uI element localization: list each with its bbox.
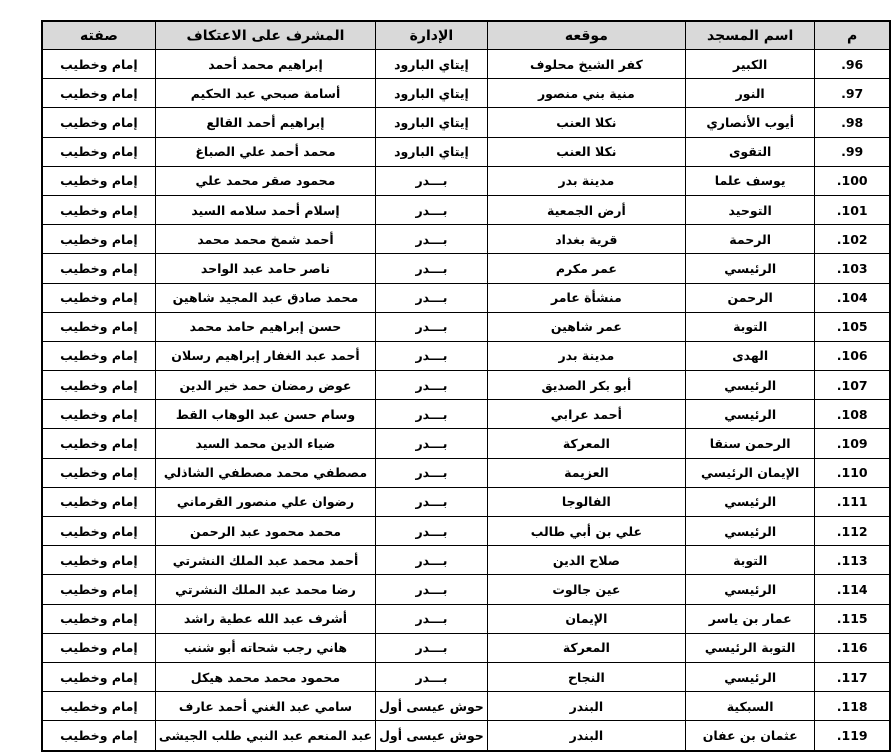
table-row: 97. النور منية بني منصور إيتاي البارود أ… bbox=[42, 79, 890, 108]
cell-title: إمام وخطيب bbox=[42, 254, 155, 283]
header-administration: الإدارة bbox=[376, 21, 488, 50]
cell-mosque-name: التوبة bbox=[685, 312, 814, 341]
cell-mosque-name: الرئيسي bbox=[685, 487, 814, 516]
cell-title: إمام وخطيب bbox=[42, 692, 155, 721]
cell-mosque-name: الرئيسي bbox=[685, 400, 814, 429]
cell-number: 113. bbox=[815, 546, 890, 575]
cell-number: 108. bbox=[815, 400, 890, 429]
cell-location: منشأة عامر bbox=[487, 283, 685, 312]
cell-supervisor: إبراهيم محمد أحمد bbox=[155, 50, 375, 79]
table-row: 101. التوحيد أرض الجمعية بـــدر إسلام أح… bbox=[42, 195, 890, 224]
cell-administration: بـــدر bbox=[376, 371, 488, 400]
cell-title: إمام وخطيب bbox=[42, 50, 155, 79]
cell-supervisor: ناصر حامد عبد الواحد bbox=[155, 254, 375, 283]
table-row: 110. الإيمان الرئيسي العزيمة بـــدر مصطف… bbox=[42, 458, 890, 487]
cell-mosque-name: الرئيسي bbox=[685, 662, 814, 691]
cell-supervisor: أحمد عبد الغفار إبراهيم رسلان bbox=[155, 341, 375, 370]
table-row: 104. الرحمن منشأة عامر بـــدر محمد صادق … bbox=[42, 283, 890, 312]
cell-number: 112. bbox=[815, 517, 890, 546]
cell-title: إمام وخطيب bbox=[42, 575, 155, 604]
cell-supervisor: ضياء الدين محمد السيد bbox=[155, 429, 375, 458]
table-row: 118. السبكية البندر حوش عيسى أول سامي عب… bbox=[42, 692, 890, 721]
cell-mosque-name: التوبة bbox=[685, 546, 814, 575]
header-supervisor: المشرف على الاعتكاف bbox=[155, 21, 375, 50]
table-row: 119. عثمان بن عفان البندر حوش عيسى أول ع… bbox=[42, 721, 890, 751]
cell-mosque-name: النور bbox=[685, 79, 814, 108]
cell-number: 96. bbox=[815, 50, 890, 79]
cell-supervisor: محمد صادق عبد المجيد شاهين bbox=[155, 283, 375, 312]
cell-number: 109. bbox=[815, 429, 890, 458]
cell-administration: بـــدر bbox=[376, 633, 488, 662]
table-row: 98. أيوب الأنصاري نكلا العنب إيتاي البار… bbox=[42, 108, 890, 137]
cell-location: أحمد عرابي bbox=[487, 400, 685, 429]
cell-location: نكلا العنب bbox=[487, 108, 685, 137]
cell-number: 100. bbox=[815, 166, 890, 195]
cell-location: مدينة بدر bbox=[487, 341, 685, 370]
table-row: 117. الرئيسي النجاح بـــدر محمود محمد مح… bbox=[42, 662, 890, 691]
table-header-row: م اسم المسجد موقعه الإدارة المشرف على ال… bbox=[42, 21, 890, 50]
cell-mosque-name: التوبة الرئيسي bbox=[685, 633, 814, 662]
cell-mosque-name: الإيمان الرئيسي bbox=[685, 458, 814, 487]
cell-supervisor: رضا محمد عبد الملك النشرتي bbox=[155, 575, 375, 604]
cell-location: البندر bbox=[487, 692, 685, 721]
cell-mosque-name: الهدى bbox=[685, 341, 814, 370]
cell-location: الفالوجا bbox=[487, 487, 685, 516]
cell-administration: إيتاي البارود bbox=[376, 137, 488, 166]
cell-title: إمام وخطيب bbox=[42, 137, 155, 166]
cell-mosque-name: الرحمة bbox=[685, 225, 814, 254]
cell-location: علي بن أبي طالب bbox=[487, 517, 685, 546]
cell-administration: بـــدر bbox=[376, 517, 488, 546]
cell-number: 111. bbox=[815, 487, 890, 516]
cell-mosque-name: الرئيسي bbox=[685, 371, 814, 400]
cell-mosque-name: التقوى bbox=[685, 137, 814, 166]
cell-mosque-name: الرئيسي bbox=[685, 575, 814, 604]
cell-number: 106. bbox=[815, 341, 890, 370]
cell-administration: إيتاي البارود bbox=[376, 108, 488, 137]
cell-location: العزيمة bbox=[487, 458, 685, 487]
cell-supervisor: محمد محمود عبد الرحمن bbox=[155, 517, 375, 546]
mosques-table: م اسم المسجد موقعه الإدارة المشرف على ال… bbox=[41, 20, 891, 752]
cell-administration: إيتاي البارود bbox=[376, 79, 488, 108]
cell-location: النجاح bbox=[487, 662, 685, 691]
cell-number: 98. bbox=[815, 108, 890, 137]
cell-supervisor: عبد المنعم عبد النبي طلب الجيشى bbox=[155, 721, 375, 751]
cell-administration: بـــدر bbox=[376, 575, 488, 604]
cell-administration: بـــدر bbox=[376, 487, 488, 516]
table-row: 116. التوبة الرئيسي المعركة بـــدر هاني … bbox=[42, 633, 890, 662]
header-mosque-name: اسم المسجد bbox=[685, 21, 814, 50]
cell-supervisor: محمد أحمد علي الصباغ bbox=[155, 137, 375, 166]
cell-supervisor: أشرف عبد الله عطية راشد bbox=[155, 604, 375, 633]
cell-number: 107. bbox=[815, 371, 890, 400]
document-page: م اسم المسجد موقعه الإدارة المشرف على ال… bbox=[0, 0, 891, 756]
cell-number: 116. bbox=[815, 633, 890, 662]
cell-location: مدينة بدر bbox=[487, 166, 685, 195]
cell-supervisor: عوض رمضان حمد خير الدين bbox=[155, 371, 375, 400]
cell-number: 110. bbox=[815, 458, 890, 487]
cell-supervisor: حسن إبراهيم حامد محمد bbox=[155, 312, 375, 341]
cell-title: إمام وخطيب bbox=[42, 458, 155, 487]
cell-number: 114. bbox=[815, 575, 890, 604]
table-row: 100. يوسف علما مدينة بدر بـــدر محمود صق… bbox=[42, 166, 890, 195]
cell-mosque-name: الكبير bbox=[685, 50, 814, 79]
table-row: 113. التوبة صلاح الدين بـــدر أحمد محمد … bbox=[42, 546, 890, 575]
mosques-table-container: م اسم المسجد موقعه الإدارة المشرف على ال… bbox=[41, 20, 891, 752]
cell-title: إمام وخطيب bbox=[42, 400, 155, 429]
cell-mosque-name: السبكية bbox=[685, 692, 814, 721]
cell-mosque-name: التوحيد bbox=[685, 195, 814, 224]
cell-location: أرض الجمعية bbox=[487, 195, 685, 224]
cell-location: البندر bbox=[487, 721, 685, 751]
cell-supervisor: إسلام أحمد سلامه السيد bbox=[155, 195, 375, 224]
table-row: 108. الرئيسي أحمد عرابي بـــدر وسام حسن … bbox=[42, 400, 890, 429]
cell-location: منية بني منصور bbox=[487, 79, 685, 108]
cell-number: 115. bbox=[815, 604, 890, 633]
cell-administration: حوش عيسى أول bbox=[376, 692, 488, 721]
table-row: 107. الرئيسي أبو بكر الصديق بـــدر عوض ر… bbox=[42, 371, 890, 400]
cell-title: إمام وخطيب bbox=[42, 604, 155, 633]
cell-administration: بـــدر bbox=[376, 283, 488, 312]
cell-mosque-name: يوسف علما bbox=[685, 166, 814, 195]
cell-title: إمام وخطيب bbox=[42, 662, 155, 691]
cell-mosque-name: عمار بن ياسر bbox=[685, 604, 814, 633]
cell-title: إمام وخطيب bbox=[42, 195, 155, 224]
cell-supervisor: رضوان علي منصور القرماني bbox=[155, 487, 375, 516]
cell-administration: بـــدر bbox=[376, 312, 488, 341]
cell-administration: بـــدر bbox=[376, 166, 488, 195]
header-location: موقعه bbox=[487, 21, 685, 50]
cell-location: نكلا العنب bbox=[487, 137, 685, 166]
cell-title: إمام وخطيب bbox=[42, 487, 155, 516]
cell-title: إمام وخطيب bbox=[42, 341, 155, 370]
cell-location: الإيمان bbox=[487, 604, 685, 633]
cell-title: إمام وخطيب bbox=[42, 225, 155, 254]
cell-administration: بـــدر bbox=[376, 254, 488, 283]
cell-number: 117. bbox=[815, 662, 890, 691]
cell-number: 99. bbox=[815, 137, 890, 166]
cell-mosque-name: أيوب الأنصاري bbox=[685, 108, 814, 137]
cell-location: كفر الشيخ محلوف bbox=[487, 50, 685, 79]
cell-supervisor: هاني رجب شحاته أبو شنب bbox=[155, 633, 375, 662]
cell-location: المعركة bbox=[487, 633, 685, 662]
cell-administration: بـــدر bbox=[376, 341, 488, 370]
table-row: 99. التقوى نكلا العنب إيتاي البارود محمد… bbox=[42, 137, 890, 166]
cell-supervisor: سامي عبد الغني أحمد عارف bbox=[155, 692, 375, 721]
table-row: 102. الرحمة قرية بغداد بـــدر أحمد شمخ م… bbox=[42, 225, 890, 254]
table-row: 103. الرئيسي عمر مكرم بـــدر ناصر حامد ع… bbox=[42, 254, 890, 283]
table-row: 111. الرئيسي الفالوجا بـــدر رضوان علي م… bbox=[42, 487, 890, 516]
cell-administration: بـــدر bbox=[376, 662, 488, 691]
cell-title: إمام وخطيب bbox=[42, 371, 155, 400]
cell-administration: بـــدر bbox=[376, 195, 488, 224]
cell-number: 97. bbox=[815, 79, 890, 108]
table-row: 105. التوبة عمر شاهين بـــدر حسن إبراهيم… bbox=[42, 312, 890, 341]
cell-number: 102. bbox=[815, 225, 890, 254]
cell-supervisor: إبراهيم أحمد القالع bbox=[155, 108, 375, 137]
cell-location: المعركة bbox=[487, 429, 685, 458]
cell-title: إمام وخطيب bbox=[42, 79, 155, 108]
cell-location: عمر مكرم bbox=[487, 254, 685, 283]
cell-location: أبو بكر الصديق bbox=[487, 371, 685, 400]
cell-title: إمام وخطيب bbox=[42, 166, 155, 195]
table-row: 112. الرئيسي علي بن أبي طالب بـــدر محمد… bbox=[42, 517, 890, 546]
cell-supervisor: أحمد شمخ محمد محمد bbox=[155, 225, 375, 254]
cell-supervisor: أحمد محمد عبد الملك النشرتي bbox=[155, 546, 375, 575]
table-body: 96. الكبير كفر الشيخ محلوف إيتاي البارود… bbox=[42, 50, 890, 751]
cell-administration: بـــدر bbox=[376, 400, 488, 429]
table-row: 96. الكبير كفر الشيخ محلوف إيتاي البارود… bbox=[42, 50, 890, 79]
cell-supervisor: مصطفي محمد مصطفي الشاذلي bbox=[155, 458, 375, 487]
cell-title: إمام وخطيب bbox=[42, 546, 155, 575]
cell-title: إمام وخطيب bbox=[42, 633, 155, 662]
cell-number: 103. bbox=[815, 254, 890, 283]
cell-mosque-name: الرحمن bbox=[685, 283, 814, 312]
cell-title: إمام وخطيب bbox=[42, 283, 155, 312]
cell-number: 104. bbox=[815, 283, 890, 312]
cell-location: عمر شاهين bbox=[487, 312, 685, 341]
cell-title: إمام وخطيب bbox=[42, 312, 155, 341]
cell-administration: بـــدر bbox=[376, 546, 488, 575]
cell-administration: بـــدر bbox=[376, 604, 488, 633]
cell-location: عين جالوت bbox=[487, 575, 685, 604]
cell-mosque-name: الرئيسي bbox=[685, 254, 814, 283]
cell-number: 101. bbox=[815, 195, 890, 224]
cell-administration: حوش عيسى أول bbox=[376, 721, 488, 751]
cell-location: صلاح الدين bbox=[487, 546, 685, 575]
table-row: 115. عمار بن ياسر الإيمان بـــدر أشرف عب… bbox=[42, 604, 890, 633]
cell-title: إمام وخطيب bbox=[42, 517, 155, 546]
table-row: 109. الرحمن سنقا المعركة بـــدر ضياء الد… bbox=[42, 429, 890, 458]
cell-supervisor: وسام حسن عبد الوهاب القط bbox=[155, 400, 375, 429]
cell-number: 105. bbox=[815, 312, 890, 341]
cell-title: إمام وخطيب bbox=[42, 429, 155, 458]
cell-title: إمام وخطيب bbox=[42, 721, 155, 751]
cell-administration: بـــدر bbox=[376, 429, 488, 458]
cell-administration: إيتاي البارود bbox=[376, 50, 488, 79]
cell-mosque-name: عثمان بن عفان bbox=[685, 721, 814, 751]
cell-location: قرية بغداد bbox=[487, 225, 685, 254]
table-row: 114. الرئيسي عين جالوت بـــدر رضا محمد ع… bbox=[42, 575, 890, 604]
header-title: صفته bbox=[42, 21, 155, 50]
cell-administration: بـــدر bbox=[376, 458, 488, 487]
header-number: م bbox=[815, 21, 890, 50]
cell-mosque-name: الرئيسي bbox=[685, 517, 814, 546]
cell-supervisor: أسامة صبحي عبد الحكيم bbox=[155, 79, 375, 108]
cell-supervisor: محمود محمد محمد هيكل bbox=[155, 662, 375, 691]
cell-mosque-name: الرحمن سنقا bbox=[685, 429, 814, 458]
cell-supervisor: محمود صقر محمد علي bbox=[155, 166, 375, 195]
cell-title: إمام وخطيب bbox=[42, 108, 155, 137]
cell-number: 118. bbox=[815, 692, 890, 721]
table-row: 106. الهدى مدينة بدر بـــدر أحمد عبد الغ… bbox=[42, 341, 890, 370]
cell-administration: بـــدر bbox=[376, 225, 488, 254]
cell-number: 119. bbox=[815, 721, 890, 751]
